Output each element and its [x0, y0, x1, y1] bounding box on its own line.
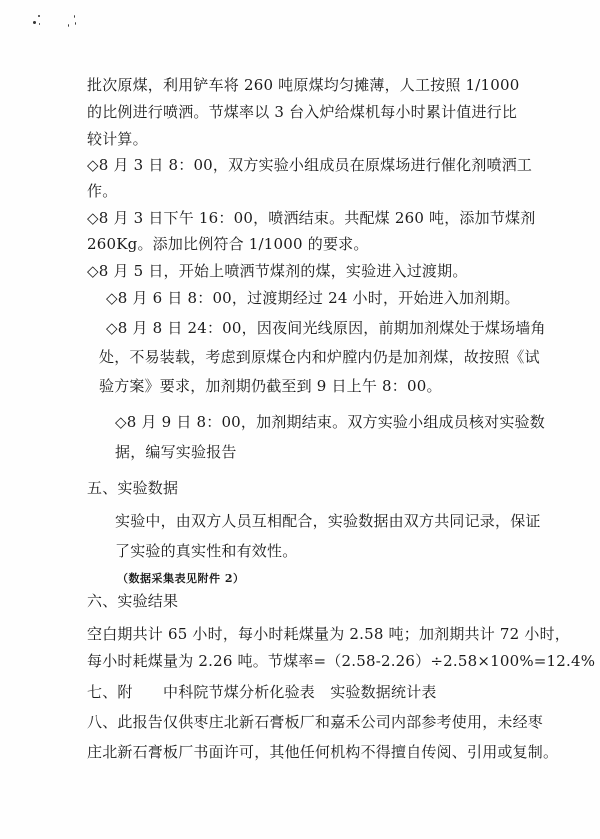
- timeline-aug8-2400: ◇8 月 8 日 24：00，因夜间光线原因，前期加剂煤处于煤场墙角: [106, 319, 546, 337]
- timeline-aug9-0800: ◇8 月 9 日 8：00，加剂期结束。双方实验小组成员核对实验数: [115, 413, 545, 431]
- paragraph-line-spray-ratio: 的比例进行喷洒。节煤率以 3 台入炉给煤机每小时累计值进行比: [87, 103, 517, 121]
- timeline-aug3-0800: ◇8 月 3 日 8：00，双方实验小组成员在原煤场进行催化剂喷洒工: [87, 156, 532, 174]
- scan-speck: [75, 22, 76, 25]
- timeline-aug9-0800-cont: 据，编写实验报告: [115, 443, 237, 461]
- results-paragraph: 空白期共计 65 小时，每小时耗煤量为 2.58 吨；加剂期共计 72 小时，: [87, 625, 570, 643]
- timeline-aug8-2400-cont2: 验方案》要求，加剂期仍截至到 9 日上午 8：00。: [99, 377, 442, 395]
- scan-speck: [39, 23, 40, 25]
- timeline-aug5: ◇8 月 5 日，开始上喷洒节煤剂的煤，实验进入过渡期。: [87, 262, 468, 280]
- results-paragraph-savings-rate: 每小时耗煤量为 2.26 吨。节煤率=（2.58-2.26）÷2.58×100%…: [87, 652, 595, 670]
- timeline-aug3-0800-cont: 作。: [87, 182, 117, 200]
- timeline-aug3-1600: ◇8 月 3 日下午 16：00，喷洒结束。共配煤 260 吨，添加节煤剂: [87, 209, 535, 227]
- experiment-data-paragraph-cont: 了实验的真实性和有效性。: [115, 542, 297, 560]
- paragraph-line-coal-spreading: 批次原煤，利用铲车将 260 吨原煤均匀摊薄，人工按照 1/1000: [87, 76, 520, 94]
- section-disclaimer-cont: 庄北新石膏板厂书面许可，其他任何机构不得擅自传阅、引用或复制。: [87, 743, 558, 761]
- section-heading-attachments: 七、附 中科院节煤分析化验表 实验数据统计表: [87, 683, 437, 701]
- experiment-data-paragraph: 实验中，由双方人员互相配合，实验数据由双方共同记录，保证: [115, 512, 541, 530]
- section-heading-experiment-data: 五、实验数据: [87, 479, 178, 497]
- scan-speck: [68, 24, 69, 27]
- section-heading-experiment-results: 六、实验结果: [87, 592, 178, 610]
- timeline-aug8-2400-cont1: 处，不易装载，考虑到原煤仓内和炉膛内仍是加剂煤，故按照《试: [99, 348, 540, 366]
- scan-speck: [33, 21, 36, 24]
- paragraph-line-calc: 较计算。: [87, 130, 148, 148]
- timeline-aug6-0800: ◇8 月 6 日 8：00，过渡期经过 24 小时，开始进入加剂期。: [106, 289, 520, 307]
- section-disclaimer: 八、此报告仅供枣庄北新石膏板厂和嘉禾公司内部参考使用，未经枣: [87, 713, 543, 731]
- timeline-aug3-1600-cont: 260Kg。添加比例符合 1/1000 的要求。: [87, 235, 369, 253]
- document-page: 批次原煤，利用铲车将 260 吨原煤均匀摊薄，人工按照 1/1000 的比例进行…: [0, 0, 600, 839]
- scan-speck: [74, 15, 75, 18]
- scan-speck: [38, 15, 40, 17]
- appendix-note: （数据采集表见附件 2）: [117, 570, 244, 588]
